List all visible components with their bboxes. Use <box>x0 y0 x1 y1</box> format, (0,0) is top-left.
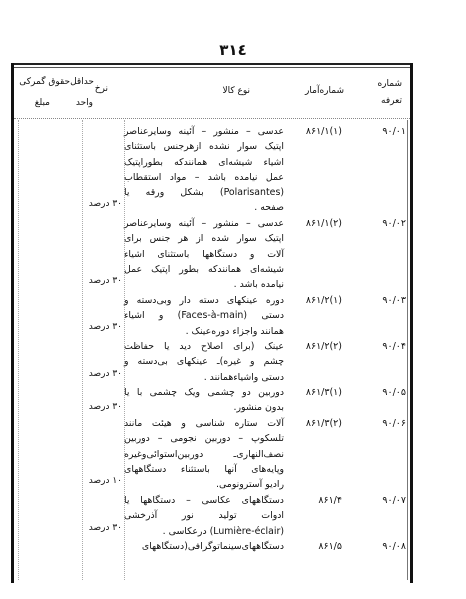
tariff-number: ۹۰/۰۴ <box>346 341 406 352</box>
description-line: اپتیک سوار شده از هر جنس برای <box>124 231 284 246</box>
goods-description: دستگاههای عکاسی – دستگاهها یا ادوات تولی… <box>124 493 284 539</box>
duty-rate: ۳۰ درصد <box>82 402 122 412</box>
statistics-number: ۸۶۱/۲(۲) <box>282 341 342 352</box>
description-line: اپتیک سوار نشده ازهرجنس باستثنای <box>124 139 284 154</box>
table-frame-right-border <box>410 63 413 583</box>
description-line: دستی (Faces-à-main) و اشیاء <box>124 308 284 323</box>
description-line: دوره عینکهای دسته دار وبی‌دسته و <box>124 293 284 308</box>
description-line: (Lumière-éclair) درعکاسی . <box>124 524 284 539</box>
header-rate: نرخ <box>95 84 108 94</box>
table-frame-left-border <box>11 63 14 583</box>
column-separator <box>18 120 19 580</box>
goods-description: آلات ستاره شناسی و هیئت مانند تلسکوپ – د… <box>124 416 284 492</box>
duty-rate: ۱۰ درصد <box>82 476 122 486</box>
tariff-number: ۹۰/۰۷ <box>346 495 406 506</box>
duty-rate: ۳۰ درصد <box>82 369 122 379</box>
duty-rate: ۳۰ درصد <box>82 523 122 533</box>
duty-rate: ۳۰ درصد <box>82 322 122 332</box>
description-line: اشیاء شیشه‌ای همانندکه بطوراپتیک <box>124 155 284 170</box>
tariff-number: ۹۰/۰۳ <box>346 295 406 306</box>
description-line: دستگاههای عکاسی – دستگاهها یا <box>124 493 284 508</box>
statistics-number: ۸۶۱/۵ <box>282 541 342 552</box>
header-minimum-duty: حداقل‌حقوق گمرکی <box>19 77 94 87</box>
statistics-number: ۸۶۱/۱(۱) <box>282 126 342 137</box>
statistics-number: ۸۶۱/۲(۱) <box>282 295 342 306</box>
description-line: عدسی – منشور – آئینه وسایرعناصر <box>124 124 284 139</box>
header-statistics-number: شماره‌آمار <box>305 86 344 96</box>
description-line: شیشه‌ای همانندکه بطور اپتیک عمل <box>124 262 284 277</box>
header-minimum-duty-amount: مبلغ <box>35 98 50 108</box>
statistics-number: ۸۶۱/۳(۱) <box>282 387 342 398</box>
tariff-number: ۹۰/۰۱ <box>346 126 406 137</box>
duty-rate: ۳۰ درصد <box>82 276 122 286</box>
tariff-number: ۹۰/۰۵ <box>346 387 406 398</box>
goods-description: عدسی – منشور – آئینه وسایرعناصر اپتیک سو… <box>124 124 284 216</box>
goods-description: عدسی – منشور – آئینه وسایرعناصر اپتیک سو… <box>124 216 284 292</box>
tariff-number: ۹۰/۰۸ <box>346 541 406 552</box>
header-tariff-number-line1: شماره <box>377 79 402 89</box>
description-line: دستی واشیاءهمانند . <box>124 370 284 385</box>
description-line: عمل نیامده باشد – مواد استقطاب <box>124 170 284 185</box>
table-frame-right-inner-border <box>407 120 408 580</box>
table-frame-top-rule-inner <box>11 67 413 68</box>
statistics-number: ۸۶۱/۳(۲) <box>282 418 342 429</box>
description-line: تلسکوپ – دوربین نجومی – دوربین <box>124 431 284 446</box>
goods-description: دستگاههای‌سینماتوگرافی(دستگاههای <box>124 539 284 554</box>
goods-description: دوربین دو چشمی ویک چشمی با یا بدون منشور… <box>124 385 284 416</box>
header-divider <box>14 118 410 119</box>
table-frame-top-rule <box>11 63 413 65</box>
description-line: (Polarisantes) بشکل ورقه یا <box>124 185 284 200</box>
goods-description: دوره عینکهای دسته دار وبی‌دسته و دستی (F… <box>124 293 284 339</box>
description-line: صفحه . <box>124 200 284 215</box>
header-tariff-number-line2: تعرفه <box>381 96 402 106</box>
description-line: دوربین دو چشمی ویک چشمی با یا <box>124 385 284 400</box>
header-goods-type: نوع کالا <box>222 86 250 96</box>
description-line: عینک (برای اصلاح دید یا حفاظت <box>124 339 284 354</box>
tariff-number: ۹۰/۰۶ <box>346 418 406 429</box>
duty-rate: ۳۰ درصد <box>82 199 122 209</box>
description-line: رادیو آسترونومی. <box>124 477 284 492</box>
tariff-number: ۹۰/۰۲ <box>346 218 406 229</box>
description-line: همانند واجزاء دوره‌عینک . <box>124 324 284 339</box>
description-line: نصف‌النهاری‌ـ دوربین‌استوائی‌وغیره <box>124 447 284 462</box>
description-line: آلات ستاره شناسی و هیئت مانند <box>124 416 284 431</box>
column-separator <box>82 120 83 580</box>
description-line: نیامده باشد . <box>124 277 284 292</box>
description-line: وپایه‌های آنها باستثناء دستگاههای <box>124 462 284 477</box>
header-minimum-duty-unit: واحد <box>76 98 93 108</box>
description-line: آلات و دستگاهها باستثنای اشیاء <box>124 247 284 262</box>
statistics-number: ۸۶۱/۴ <box>282 495 342 506</box>
description-line: دستگاههای‌سینماتوگرافی(دستگاههای <box>124 539 284 554</box>
description-line: عدسی – منشور – آئینه وسایرعناصر <box>124 216 284 231</box>
goods-description: عینک (برای اصلاح دید یا حفاظت چشم و غیره… <box>124 339 284 385</box>
description-line: بدون منشور. <box>124 400 284 415</box>
statistics-number: ۸۶۱/۱(۲) <box>282 218 342 229</box>
page-number: ۳۱٤ <box>0 41 466 59</box>
description-line: ادوات تولید نور آذرخشی <box>124 508 284 523</box>
description-line: چشم و غیره)ـ عینکهای بی‌دسته و <box>124 354 284 369</box>
